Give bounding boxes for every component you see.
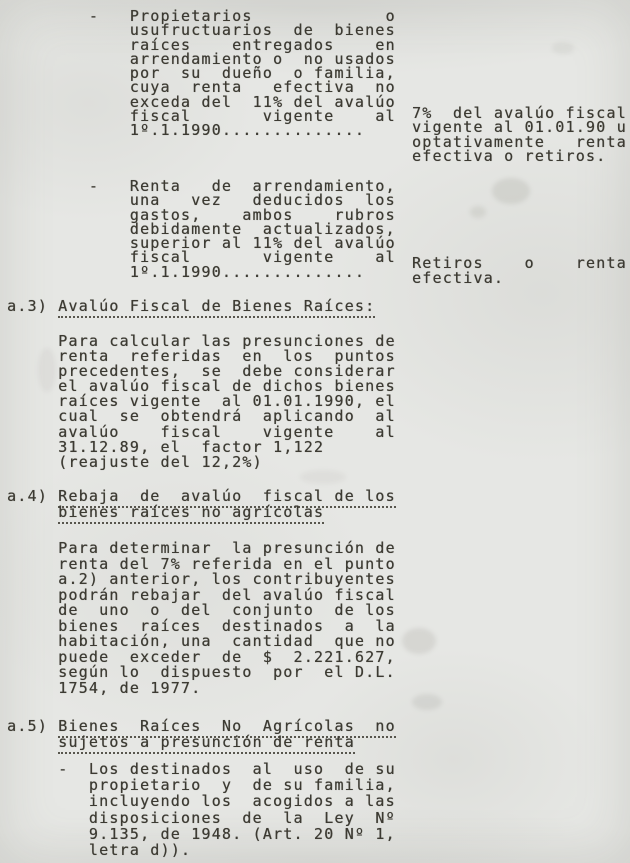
text-line: propietario y de su familia, — [7, 777, 396, 793]
text-line: 1754, de 1977. — [7, 681, 396, 697]
section-a3-paragraph: Para calcular las presunciones de renta … — [7, 334, 396, 470]
text-line: - Los destinados al uso de su — [7, 761, 396, 777]
scanned-page: - Propietarios o usufructuarios de biene… — [0, 0, 630, 863]
underlined-heading-text: bienes raíces no agrícolas — [58, 503, 324, 524]
text-line: letra d)). — [7, 842, 396, 858]
section-a4-paragraph: Para determinar la presunción de renta d… — [7, 541, 396, 696]
text-line: 1º.1.1990.............. — [7, 265, 396, 279]
section-a3-heading: a.3) Avalúo Fiscal de Bienes Raíces: — [7, 299, 375, 314]
section-a5-heading: a.5) Bienes Raíces No Agrícolas no sujet… — [7, 719, 396, 750]
text-line: a.3) Avalúo Fiscal de Bienes Raíces: — [7, 299, 375, 314]
text-line: efectiva o retiros. — [412, 149, 627, 163]
underlined-heading-text: Avalúo Fiscal de Bienes Raíces: — [58, 297, 375, 318]
text-line: incluyendo los acogidos a las — [7, 793, 396, 809]
scan-smudge — [402, 628, 436, 654]
scan-smudge — [412, 694, 442, 710]
margin-note-7pct: 7% del avalúo fiscalvigente al 01.01.90 … — [412, 106, 627, 163]
scan-smudge — [492, 178, 530, 204]
section-label: a.3) — [7, 297, 58, 315]
scan-smudge — [470, 206, 486, 218]
margin-note-retiros: Retiros o rentaefectiva. — [412, 256, 627, 285]
section-a4-heading: a.4) Rebaja de avalúo fiscal de los bien… — [7, 489, 396, 520]
text-line: efectiva. — [412, 271, 627, 286]
text-line: 9.135, de 1948. (Art. 20 Nº 1, — [7, 826, 396, 842]
text-line: disposiciones de la Ley Nº — [7, 810, 396, 826]
underlined-heading-text: sujetos a presunción de renta — [58, 733, 355, 754]
text-line: (reajuste del 12,2%) — [7, 455, 396, 470]
scan-smudge — [552, 42, 574, 54]
section-label — [7, 733, 58, 751]
text-line: sujetos a presunción de renta — [7, 735, 396, 751]
scan-smudge — [300, 470, 346, 484]
bullet-owners-usufructuaries: - Propietarios o usufructuarios de biene… — [7, 9, 396, 138]
bullet-rental-income: - Renta de arrendamiento, una vez deduci… — [7, 179, 396, 279]
section-a5-bullet-own-use: - Los destinados al uso de su propietari… — [7, 761, 396, 858]
text-line: 1º.1.1990.............. — [7, 123, 396, 137]
section-label — [7, 503, 58, 521]
